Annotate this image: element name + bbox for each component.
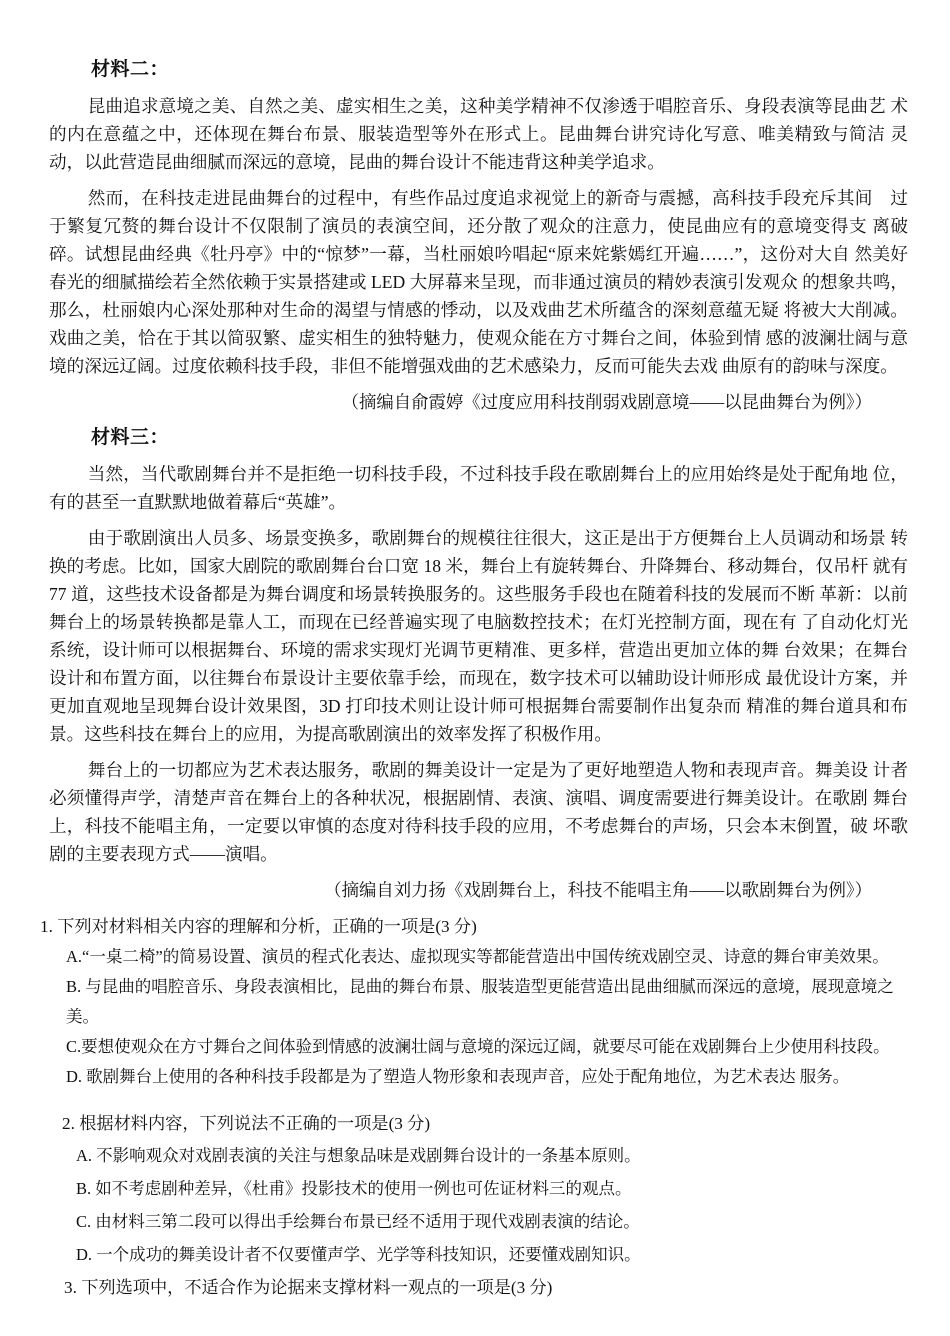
material3-paragraph-1: 当然，当代歌剧舞台并不是拒绝一切科技手段，不过科技手段在歌剧舞台上的应用始终是处… (49, 460, 908, 516)
material3-paragraph-3: 舞台上的一切都应为艺术表达服务，歌剧的舞美设计一定是为了更好地塑造人物和表现声音… (49, 756, 908, 868)
question-2-option-d: D. 一个成功的舞美设计者不仅要懂声学、光学等科技知识，还要懂戏剧知识。 (76, 1238, 908, 1271)
question-3-stem: 3. 下列选项中，不适合作为论据来支撑材料一观点的一项是(3 分) (64, 1273, 908, 1303)
material3-paragraph-2: 由于歌剧演出人员多、场景变换多，歌剧舞台的规模往往很大，这正是出于方便舞台上人员… (49, 524, 908, 748)
question-1-option-b: B. 与昆曲的唱腔音乐、身段表演相比，昆曲的舞台布景、服装造型更能营造出昆曲细腻… (66, 972, 908, 1032)
question-1: 1. 下列对材料相关内容的理解和分析，正确的一项是(3 分) A.“一桌二椅”的… (49, 912, 908, 1092)
material3-heading: 材料三： (91, 424, 908, 452)
question-2-option-c: C. 由材料三第二段可以得出手绘舞台布景已经不适用于现代戏剧表演的结论。 (76, 1205, 908, 1238)
question-3: 3. 下列选项中，不适合作为论据来支撑材料一观点的一项是(3 分) (49, 1273, 908, 1303)
material2-paragraph-2: 然而，在科技走进昆曲舞台的过程中，有些作品过度追求视觉上的新奇与震撼，高科技手段… (49, 184, 908, 380)
questions-section: 1. 下列对材料相关内容的理解和分析，正确的一项是(3 分) A.“一桌二椅”的… (49, 912, 908, 1303)
question-2-option-b: B. 如不考虑剧种差异，《杜甫》投影技术的使用一例也可佐证材料三的观点。 (76, 1172, 908, 1205)
question-1-option-d: D. 歌剧舞台上使用的各种科技手段都是为了塑造人物形象和表现声音，应处于配角地位… (66, 1062, 908, 1092)
question-2-option-a: A. 不影响观众对戏剧表演的关注与想象品味是戏剧舞台设计的一条基本原则。 (76, 1139, 908, 1172)
question-1-stem: 1. 下列对材料相关内容的理解和分析，正确的一项是(3 分) (40, 912, 908, 942)
material2-attribution: （摘编自俞霞婷《过度应用科技削弱戏剧意境——以昆曲舞台为例》） (49, 388, 908, 416)
material2-heading: 材料二： (91, 56, 908, 84)
material3-attribution: （摘编自刘力扬《戏剧舞台上，科技不能唱主角——以歌剧舞台为例》） (49, 876, 908, 904)
exam-document-page: 材料二： 昆曲追求意境之美、自然之美、虚实相生之美，这种美学精神不仅渗透于唱腔音… (0, 0, 950, 1336)
question-1-option-c: C.要想使观众在方寸舞台之间体验到情感的波澜壮阔与意境的深远辽阔，就要尽可能在戏… (66, 1032, 908, 1062)
question-2: 2. 根据材料内容，下列说法不正确的一项是(3 分) A. 不影响观众对戏剧表演… (49, 1109, 908, 1271)
material2-paragraph-1: 昆曲追求意境之美、自然之美、虚实相生之美，这种美学精神不仅渗透于唱腔音乐、身段表… (49, 92, 908, 176)
question-1-option-a: A.“一桌二椅”的简易设置、演员的程式化表达、虚拟现实等都能营造出中国传统戏剧空… (66, 942, 908, 972)
question-2-stem: 2. 根据材料内容，下列说法不正确的一项是(3 分) (62, 1109, 908, 1139)
